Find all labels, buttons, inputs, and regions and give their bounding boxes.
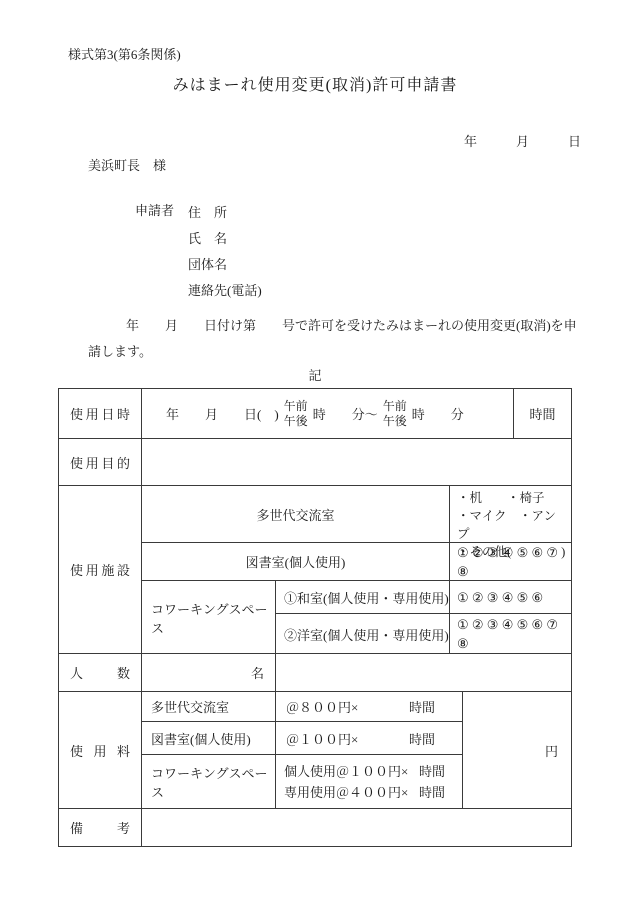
- am-label: 午前: [284, 399, 308, 414]
- fee-row-coworking: コワーキングスペース 個人使用＠１００円× 時間 専用使用＠４００円× 時間: [142, 755, 462, 808]
- fee-coworking-personal: 個人使用＠１００円× 時間: [284, 761, 445, 782]
- fee-coworking-exclusive-unit: 時間: [419, 782, 445, 803]
- people-count-blank-cell: [276, 654, 571, 691]
- fee-row-library: 図書室(個人使用) ＠１００円× 時間: [142, 722, 462, 756]
- total-hours-cell: 時間: [514, 389, 571, 438]
- fee-library-unit: 時間: [409, 729, 435, 748]
- fee-total-cell: 円: [463, 692, 571, 808]
- fee-row-tasedai: 多世代交流室 ＠８００円× 時間: [142, 692, 462, 722]
- equipment-line-desk-chair: ・机 ・椅子: [457, 489, 567, 507]
- circled-numbers: ① ② ③ ④ ⑤ ⑥ ⑦ ⑧: [457, 543, 567, 581]
- body-text-line2: 請します。: [88, 341, 152, 360]
- fee-tasedai-price: ＠８００円× 時間: [276, 692, 462, 721]
- usage-purpose-cell: [142, 439, 571, 485]
- usage-fee-label: 使用料: [59, 692, 142, 808]
- usage-datetime-cell: 年 月 日( ) 午前 午後 時 分～ 午前 午後 時 分: [142, 389, 514, 438]
- addressee: 美浜町長 様: [88, 155, 166, 174]
- application-form-page: 様式第3(第6条関係) みはまーれ使用変更(取消)許可申請書 年 月 日 美浜町…: [0, 0, 630, 903]
- usage-purpose-label: 使用目的: [59, 439, 142, 485]
- fee-coworking-exclusive: 専用使用＠４００円× 時間: [284, 782, 445, 803]
- circled-numbers: ① ② ③ ④ ⑤ ⑥ ⑦ ⑧: [457, 615, 567, 653]
- ampm-stack-1: 午前 午後: [284, 399, 308, 429]
- tasedai-name: 多世代交流室: [142, 486, 450, 542]
- coworking-row-washitsu: ①和室(個人使用・専用使用) ① ② ③ ④ ⑤ ⑥: [276, 581, 571, 614]
- fee-coworking-exclusive-rate: 専用使用＠４００円×: [284, 782, 408, 803]
- coworking-rooms: ①和室(個人使用・専用使用) ① ② ③ ④ ⑤ ⑥ ②洋室(個人使用・専用使用…: [276, 581, 571, 654]
- fee-library-name: 図書室(個人使用): [142, 722, 276, 755]
- date-blank-line: 年 月 日: [464, 131, 581, 150]
- washitsu-name: ①和室(個人使用・専用使用): [276, 581, 450, 613]
- fee-breakdown: 多世代交流室 ＠８００円× 時間 図書室(個人使用) ＠１００円× 時間: [142, 692, 463, 808]
- body-text-line1: 年 月 日付け第 号で許可を受けたみはまーれの使用変更(取消)を申: [126, 315, 577, 334]
- facility-section: 多世代交流室 ・机 ・椅子 ・マイク ・アンプ ・その他( ) 図書室(個人使用…: [142, 486, 571, 653]
- ki-heading: 記: [0, 365, 630, 384]
- form-number: 様式第3(第6条関係): [68, 44, 181, 63]
- remarks-label: 備考: [59, 809, 142, 846]
- row-usage-facility: 使用施設 多世代交流室 ・机 ・椅子 ・マイク ・アンプ ・その他( ) 図書室…: [59, 486, 571, 654]
- applicant-group-field: 団体名: [188, 252, 262, 278]
- usage-facility-label: 使用施設: [59, 486, 142, 653]
- pm-label: 午後: [383, 414, 407, 429]
- fee-library-rate: ＠１００円×: [286, 729, 358, 748]
- fee-coworking-personal-unit: 時間: [419, 761, 445, 782]
- row-remarks: 備考: [59, 809, 571, 846]
- coworking-row-yoshitsu: ②洋室(個人使用・専用使用) ① ② ③ ④ ⑤ ⑥ ⑦ ⑧: [276, 614, 571, 654]
- circled-numbers: ① ② ③ ④ ⑤ ⑥: [457, 588, 567, 607]
- fee-coworking-name: コワーキングスペース: [142, 755, 276, 808]
- am-label: 午前: [383, 399, 407, 414]
- datetime-date-blanks: 年 月 日( ): [166, 404, 279, 423]
- fee-coworking-personal-rate: 個人使用＠１００円×: [284, 761, 408, 782]
- facility-row-library: 図書室(個人使用) ① ② ③ ④ ⑤ ⑥ ⑦ ⑧: [142, 543, 571, 581]
- datetime-start-blanks: 時 分～: [313, 404, 378, 423]
- tasedai-equipment-cell: ・机 ・椅子 ・マイク ・アンプ ・その他( ): [450, 486, 571, 542]
- fee-coworking-price: 個人使用＠１００円× 時間 専用使用＠４００円× 時間: [276, 755, 462, 808]
- fee-section: 多世代交流室 ＠８００円× 時間 図書室(個人使用) ＠１００円× 時間: [142, 692, 571, 808]
- row-people-count: 人数 名: [59, 654, 571, 692]
- facility-row-coworking: コワーキングスペース ①和室(個人使用・専用使用) ① ② ③ ④ ⑤ ⑥ ②洋…: [142, 581, 571, 654]
- fee-tasedai-rate: ＠８００円×: [286, 697, 358, 716]
- remarks-blank-cell: [142, 809, 571, 846]
- yoshitsu-seat-numbers: ① ② ③ ④ ⑤ ⑥ ⑦ ⑧: [450, 614, 571, 654]
- usage-datetime-label: 使用日時: [59, 389, 142, 438]
- people-count-label: 人数: [59, 654, 142, 691]
- ampm-stack-2: 午前 午後: [383, 399, 407, 429]
- row-usage-purpose: 使用目的: [59, 439, 571, 486]
- applicant-block: 申請者 住 所 氏 名 団体名 連絡先(電話): [135, 200, 262, 304]
- equipment-line-mic-amp: ・マイク ・アンプ: [457, 507, 567, 543]
- applicant-address-field: 住 所: [188, 200, 262, 226]
- datetime-end-blanks: 時 分: [412, 404, 464, 423]
- yoshitsu-name: ②洋室(個人使用・専用使用): [276, 614, 450, 654]
- applicant-label: 申請者: [135, 200, 174, 304]
- fee-tasedai-unit: 時間: [409, 697, 435, 716]
- fee-tasedai-name: 多世代交流室: [142, 692, 276, 721]
- page-title: みはまーれ使用変更(取消)許可申請書: [0, 72, 630, 95]
- row-usage-fee: 使用料 多世代交流室 ＠８００円× 時間 図書室(個人使用) ＠１００円×: [59, 692, 571, 809]
- fee-library-price: ＠１００円× 時間: [276, 722, 462, 755]
- people-count-unit-cell: 名: [142, 654, 276, 691]
- facility-row-tasedai: 多世代交流室 ・机 ・椅子 ・マイク ・アンプ ・その他( ): [142, 486, 571, 543]
- applicant-contact-field: 連絡先(電話): [188, 278, 262, 304]
- washitsu-seat-numbers: ① ② ③ ④ ⑤ ⑥: [450, 581, 571, 613]
- pm-label: 午後: [284, 414, 308, 429]
- library-name: 図書室(個人使用): [142, 543, 450, 580]
- applicant-name-field: 氏 名: [188, 226, 262, 252]
- row-usage-datetime: 使用日時 年 月 日( ) 午前 午後 時 分～ 午前 午後 時 分 時間: [59, 389, 571, 439]
- coworking-name: コワーキングスペース: [142, 581, 276, 654]
- application-table: 使用日時 年 月 日( ) 午前 午後 時 分～ 午前 午後 時 分 時間 使用…: [58, 388, 572, 847]
- library-seat-numbers: ① ② ③ ④ ⑤ ⑥ ⑦ ⑧: [450, 543, 571, 580]
